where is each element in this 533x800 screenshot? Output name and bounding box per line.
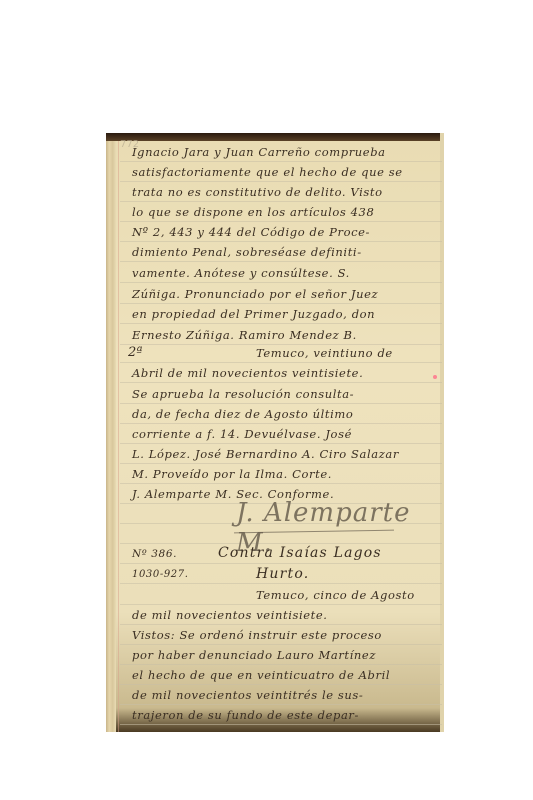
page-top-edge [106, 133, 444, 141]
ruled-line [120, 483, 442, 484]
ruled-line [120, 463, 442, 464]
text-line: Abril de mil novecientos veintisiete. [132, 366, 363, 380]
text-line: Ernesto Zúñiga. Ramiro Mendez B. [132, 328, 357, 342]
ruled-line [120, 261, 442, 262]
ruled-line [120, 644, 442, 645]
file-reference: 1030-927. [132, 569, 189, 580]
text-line: da, de fecha diez de Agosto último [132, 407, 353, 421]
text-line: satisfactoriamente que el hecho de que s… [132, 165, 403, 179]
document-page: 772 Ignacio Jara y Juan Carreño comprueb… [106, 133, 444, 732]
ruled-line [120, 684, 442, 685]
ruled-line [120, 604, 442, 605]
case-number: Nº 386. [132, 548, 177, 560]
ruled-line [120, 583, 442, 584]
ruled-line [120, 282, 442, 283]
text-line: trajeron de su fundo de este depar- [132, 708, 359, 722]
text-line: vamente. Anótese y consúltese. S. [132, 266, 350, 280]
text-line: dimiento Penal, sobreséase definiti- [132, 245, 362, 259]
ruled-line [120, 624, 442, 625]
text-line: M. Proveído por la Ilma. Corte. [132, 467, 332, 481]
ruled-line [120, 344, 442, 345]
red-mark [433, 375, 437, 379]
ruled-line [120, 423, 442, 424]
ruled-line [120, 241, 442, 242]
text-line: de mil novecientos veintitrés le sus- [132, 688, 363, 702]
case-title: Contra Isaías Lagos [218, 545, 382, 561]
margin-line [118, 141, 119, 732]
text-line: el hecho de que en veinticuatro de Abril [132, 668, 390, 682]
text-line: corriente a f. 14. Devuélvase. José [132, 427, 352, 441]
ruled-line [120, 201, 442, 202]
ruled-line [120, 403, 442, 404]
book-binding-edge [106, 141, 116, 732]
text-line: lo que se dispone en los artículos 438 [132, 205, 374, 219]
text-line: Ignacio Jara y Juan Carreño comprueba [132, 145, 386, 159]
text-line: por haber denunciado Lauro Martínez [132, 648, 376, 662]
text-line: Nº 2, 443 y 444 del Código de Proce- [132, 225, 370, 239]
ruled-line [120, 362, 442, 363]
ruled-line [120, 382, 442, 383]
text-line: Zúñiga. Pronunciado por el señor Juez [132, 287, 378, 301]
ruled-line [120, 161, 442, 162]
text-line: Se aprueba la resolución consulta- [132, 387, 354, 401]
text-line: trata no es constitutivo de delito. Vist… [132, 185, 383, 199]
ruled-line [120, 181, 442, 182]
text-line: L. López. José Bernardino A. Ciro Salaza… [132, 447, 399, 461]
text-line-date: Temuco, veintiuno de [256, 346, 393, 360]
ruled-line [120, 323, 442, 324]
page-right-edge [440, 133, 444, 732]
ruled-line [120, 664, 442, 665]
text-line: Vistos: Se ordenó instruir este proceso [132, 628, 382, 642]
ruled-line [120, 563, 442, 564]
text-line: en propiedad del Primer Juzgado, don [132, 307, 375, 321]
case-subtitle: Hurto. [256, 566, 309, 582]
text-line-date: Temuco, cinco de Agosto [256, 588, 415, 602]
margin-label: 2ª [128, 345, 142, 360]
ruled-line [120, 704, 442, 705]
text-line: de mil novecientos veintisiete. [132, 608, 328, 622]
ruled-line [120, 443, 442, 444]
ruled-line [120, 303, 442, 304]
ruled-line [120, 724, 442, 725]
ruled-line [120, 221, 442, 222]
